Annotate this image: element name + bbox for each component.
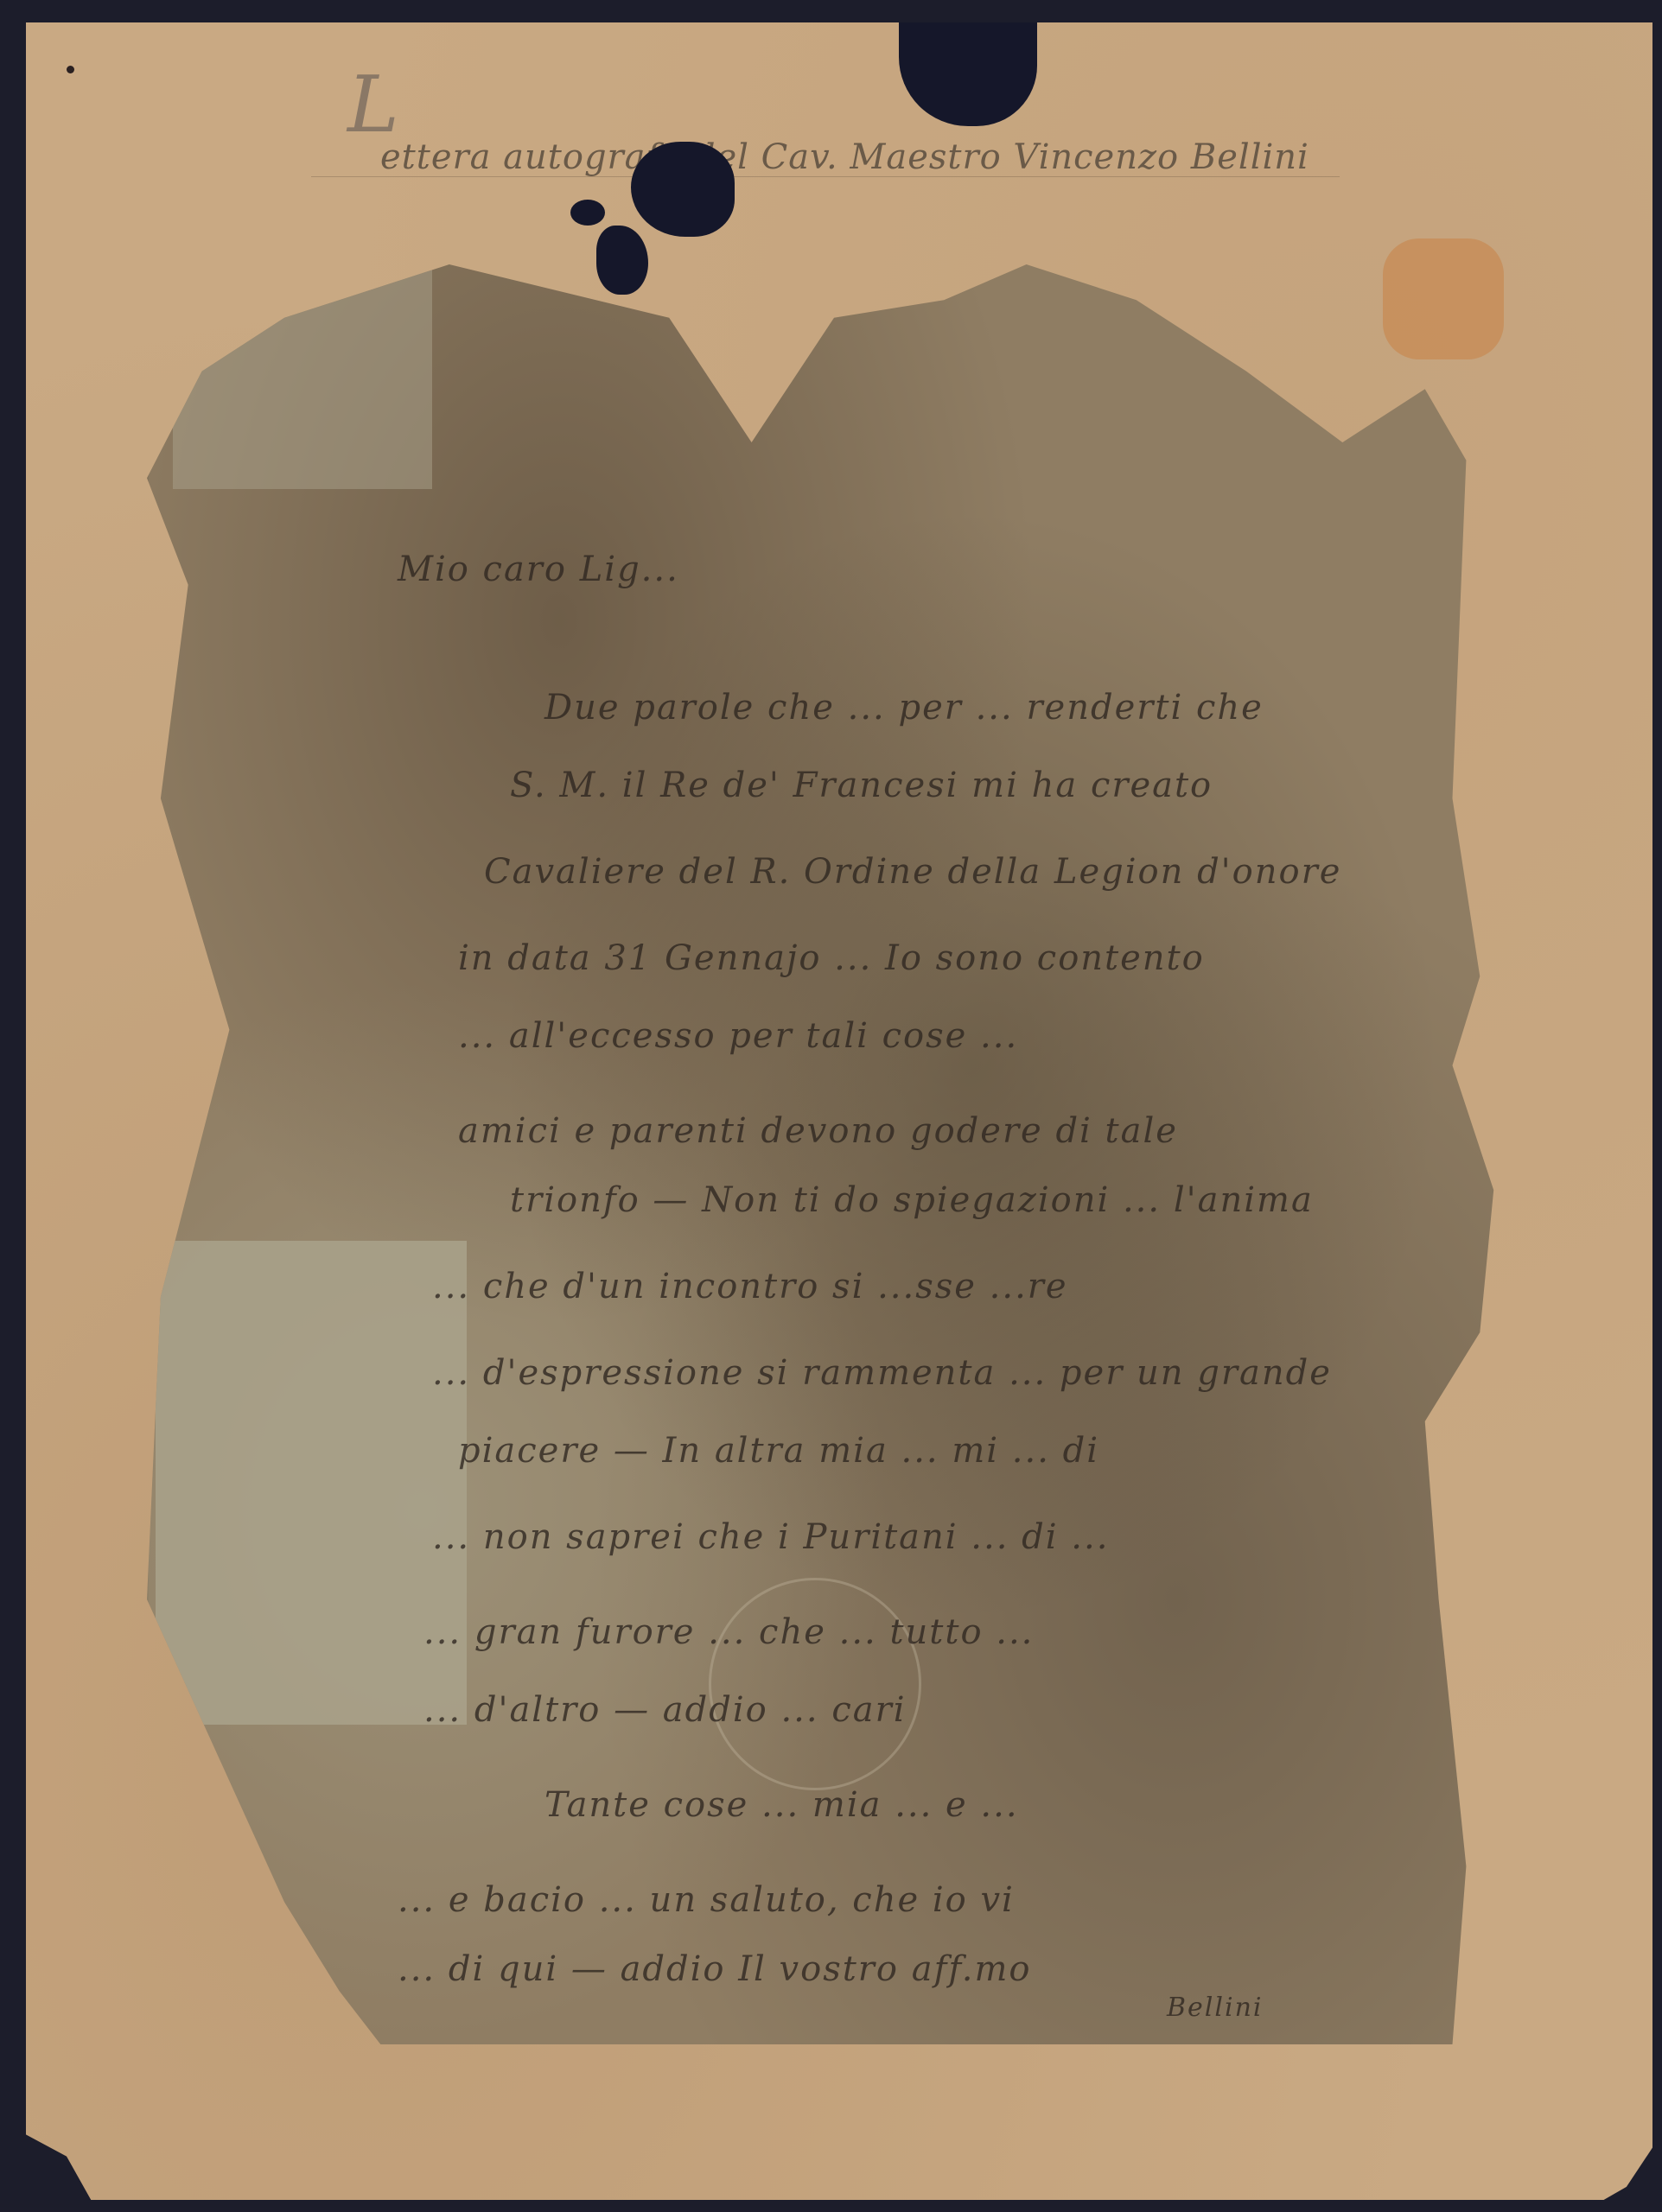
letter-line: ... all'eccesso per tali cose ... bbox=[458, 1016, 1018, 1056]
letter-text: Mio caro Lig... Due parole che ... per .… bbox=[147, 264, 1521, 2044]
torn-hole bbox=[899, 22, 1037, 126]
salutation: Mio caro Lig... bbox=[398, 550, 679, 589]
letter-line: Due parole che ... per ... renderti che bbox=[544, 688, 1264, 728]
letter-line: Tante cose ... mia ... e ... bbox=[544, 1785, 1019, 1825]
signature: Bellini bbox=[1167, 1993, 1264, 2023]
rust-stain bbox=[1383, 238, 1504, 359]
letter-line: trionfo — Non ti do spiegazioni ... l'an… bbox=[510, 1180, 1314, 1220]
letter-line: ... d'espressione si rammenta ... per un… bbox=[432, 1353, 1332, 1393]
red-seal-stain bbox=[1443, 1388, 1582, 1517]
letter-line: ... che d'un incontro si ...sse ...re bbox=[432, 1267, 1068, 1306]
torn-hole bbox=[596, 226, 648, 295]
letter-sheet: Mio caro Lig... Due parole che ... per .… bbox=[147, 264, 1521, 2044]
letter-line: ... gran furore ... che ... tutto ... bbox=[423, 1612, 1034, 1652]
calligraphic-title: L ettera autografa del Cav. Maestro Vinc… bbox=[311, 124, 1340, 177]
letter-line: S. M. il Re de' Francesi mi ha creato bbox=[510, 766, 1213, 805]
title-text: ettera autografa del Cav. Maestro Vincen… bbox=[380, 131, 1309, 183]
letter-line: in data 31 Gennajo ... Io sono contento bbox=[458, 938, 1205, 978]
mount-board: L ettera autografa del Cav. Maestro Vinc… bbox=[26, 22, 1652, 2200]
pin-hole bbox=[67, 66, 74, 73]
title-initial: L bbox=[347, 79, 400, 131]
letter-line: ... di qui — addio Il vostro aff.mo bbox=[398, 1949, 1031, 1989]
letter-line: amici e parenti devono godere di tale bbox=[458, 1111, 1178, 1151]
torn-hole bbox=[570, 200, 605, 226]
letter-line: ... non saprei che i Puritani ... di ... bbox=[432, 1517, 1109, 1557]
letter-line: ... e bacio ... un saluto, che io vi bbox=[398, 1880, 1015, 1920]
letter-line: piacere — In altra mia ... mi ... di bbox=[458, 1431, 1099, 1471]
letter-line: ... d'altro — addio ... cari bbox=[423, 1690, 906, 1730]
letter-line: Cavaliere del R. Ordine della Legion d'o… bbox=[484, 852, 1341, 892]
torn-hole bbox=[631, 142, 735, 237]
